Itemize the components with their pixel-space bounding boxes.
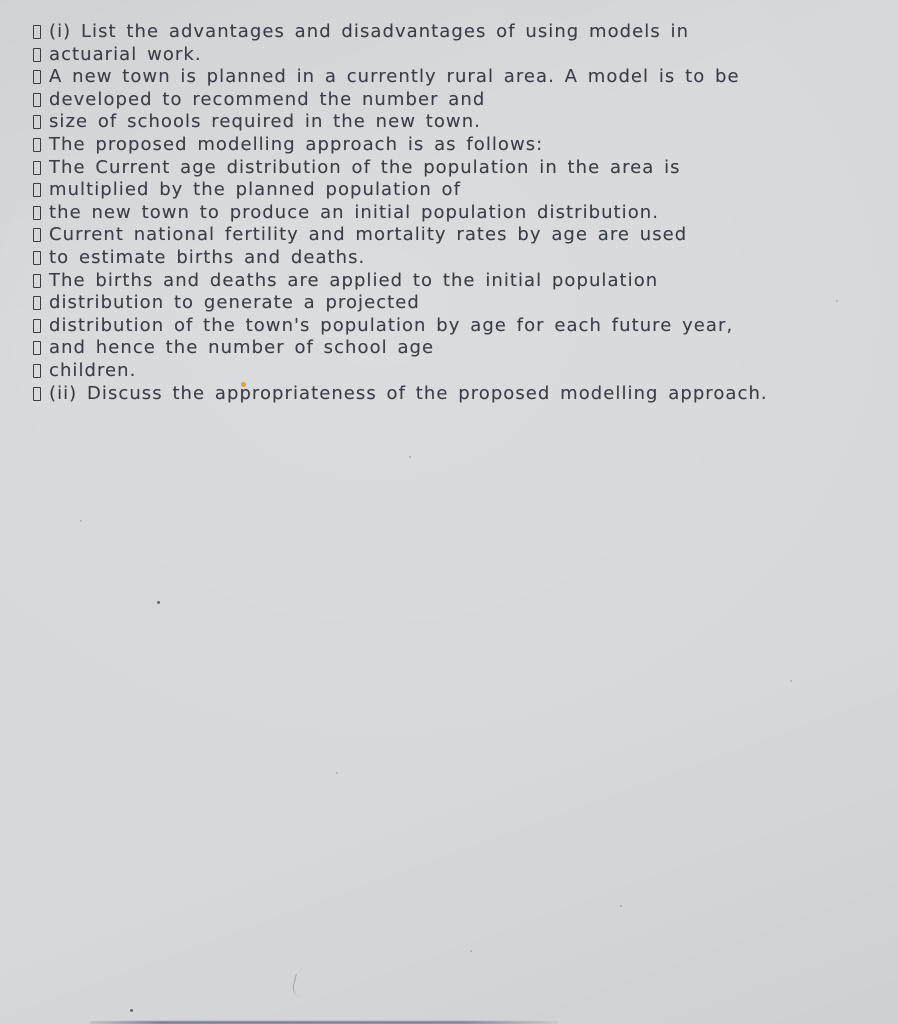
text-line: (i) List the advantages and disadvantage…	[33, 21, 868, 44]
paper-scratch	[291, 974, 307, 998]
line-text: multiplied by the planned population of	[49, 179, 461, 200]
text-line: multiplied by the planned population of	[33, 179, 868, 202]
bullet-box-icon	[33, 387, 41, 401]
paper-speck	[157, 601, 160, 604]
line-text: actuarial work.	[49, 44, 202, 65]
paper-speck	[80, 520, 82, 522]
line-text: developed to recommend the number and	[49, 89, 485, 110]
text-line: A new town is planned in a currently rur…	[33, 66, 868, 89]
bullet-box-icon	[33, 183, 41, 197]
text-line: children.	[33, 360, 868, 383]
line-text: The Current age distribution of the popu…	[49, 157, 681, 178]
bullet-box-icon	[33, 93, 41, 107]
paper-speck	[470, 950, 472, 952]
paper-speck	[336, 772, 338, 774]
text-line: distribution to generate a projected	[33, 292, 868, 315]
text-line: The births and deaths are applied to the…	[33, 270, 868, 293]
scanned-page: (i) List the advantages and disadvantage…	[0, 0, 898, 1024]
text-line: The proposed modelling approach is as fo…	[33, 134, 868, 157]
bullet-box-icon	[33, 364, 41, 378]
line-text: The proposed modelling approach is as fo…	[49, 134, 543, 155]
bullet-box-icon	[33, 341, 41, 355]
paper-speck	[130, 1009, 133, 1012]
text-line: and hence the number of school age	[33, 337, 868, 360]
bullet-box-icon	[33, 115, 41, 129]
bullet-box-icon	[33, 206, 41, 220]
paper-speck	[409, 456, 411, 458]
bullet-box-icon	[33, 274, 41, 288]
line-text: Current national fertility and mortality…	[49, 224, 687, 245]
text-line: (ii) Discuss the appropriateness of the …	[33, 383, 868, 406]
bullet-box-icon	[33, 138, 41, 152]
text-line: distribution of the town's population by…	[33, 315, 868, 338]
line-text: (ii) Discuss the appropriateness of the …	[49, 383, 768, 404]
line-text: A new town is planned in a currently rur…	[49, 66, 740, 87]
line-text: to estimate births and deaths.	[49, 247, 365, 268]
text-line: size of schools required in the new town…	[33, 111, 868, 134]
line-text: distribution of the town's population by…	[49, 315, 733, 336]
line-text: (i) List the advantages and disadvantage…	[49, 21, 689, 42]
text-line: to estimate births and deaths.	[33, 247, 868, 270]
text-line: Current national fertility and mortality…	[33, 224, 868, 247]
bullet-box-icon	[33, 70, 41, 84]
bullet-box-icon	[33, 161, 41, 175]
bullet-box-icon	[33, 25, 41, 39]
bullet-box-icon	[33, 319, 41, 333]
line-text: distribution to generate a projected	[49, 292, 420, 313]
bullet-box-icon	[33, 48, 41, 62]
line-text: size of schools required in the new town…	[49, 111, 481, 132]
text-line: the new town to produce an initial popul…	[33, 202, 868, 225]
paper-speck	[790, 680, 792, 682]
bullet-box-icon	[33, 228, 41, 242]
line-text: The births and deaths are applied to the…	[49, 270, 658, 291]
paper-speck	[620, 905, 622, 907]
line-text: children.	[49, 360, 136, 381]
text-line: actuarial work.	[33, 44, 868, 67]
line-text: the new town to produce an initial popul…	[49, 202, 659, 223]
line-text: and hence the number of school age	[49, 337, 434, 358]
question-text-block: (i) List the advantages and disadvantage…	[33, 21, 868, 405]
bullet-box-icon	[33, 251, 41, 265]
bullet-box-icon	[33, 296, 41, 310]
text-line: The Current age distribution of the popu…	[33, 157, 868, 180]
text-line: developed to recommend the number and	[33, 89, 868, 112]
